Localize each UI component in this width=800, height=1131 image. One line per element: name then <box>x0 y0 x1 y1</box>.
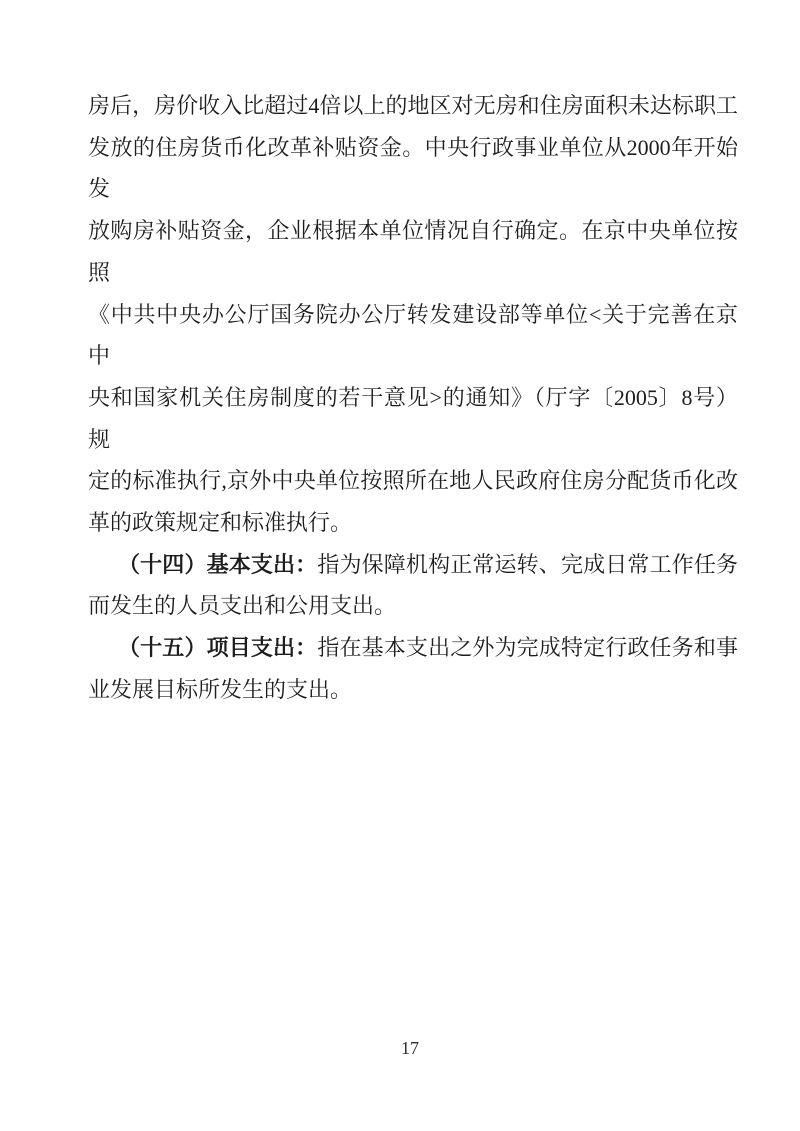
paragraph2-line2: 而发生的人员支出和公用支出。 <box>88 585 738 627</box>
paragraph1-line2: 发放的住房货币化改革补贴资金。中央行政事业单位从2000年开始发 <box>88 127 738 210</box>
paragraph3-line1-rest: 指在基本支出之外为完成特定行政任务和事 <box>317 635 738 660</box>
paragraph3-bold-lead: （十五）项目支出： <box>118 635 317 660</box>
paragraph2-line1-rest: 指为保障机构正常运转、完成日常工作任务 <box>317 552 738 577</box>
body-text: 房后，房价收入比超过4倍以上的地区对无房和住房面积未达标职工 发放的住房货币化改… <box>88 85 738 711</box>
paragraph2-bold-lead: （十四）基本支出： <box>118 552 317 577</box>
paragraph1-line3: 放购房补贴资金，企业根据本单位情况自行确定。在京中央单位按照 <box>88 210 738 293</box>
paragraph1-line6: 定的标准执行,京外中央单位按照所在地人民政府住房分配货币化改 <box>88 460 738 502</box>
page-number: 17 <box>0 1038 800 1058</box>
paragraph1-line5: 央和国家机关住房制度的若干意见>的通知》（厅字〔2005〕8号）规 <box>88 377 738 460</box>
paragraph1-line1: 房后，房价收入比超过4倍以上的地区对无房和住房面积未达标职工 <box>88 85 738 127</box>
paragraph1-line4: 《中共中央办公厅国务院办公厅转发建设部等单位<关于完善在京中 <box>88 294 738 377</box>
paragraph1-line7: 革的政策规定和标准执行。 <box>88 502 738 544</box>
paragraph3-line2: 业发展目标所发生的支出。 <box>88 669 738 711</box>
paragraph2-line1: （十四）基本支出：指为保障机构正常运转、完成日常工作任务 <box>88 544 738 586</box>
document-page: 房后，房价收入比超过4倍以上的地区对无房和住房面积未达标职工 发放的住房货币化改… <box>0 0 800 1131</box>
paragraph3-line1: （十五）项目支出：指在基本支出之外为完成特定行政任务和事 <box>88 627 738 669</box>
